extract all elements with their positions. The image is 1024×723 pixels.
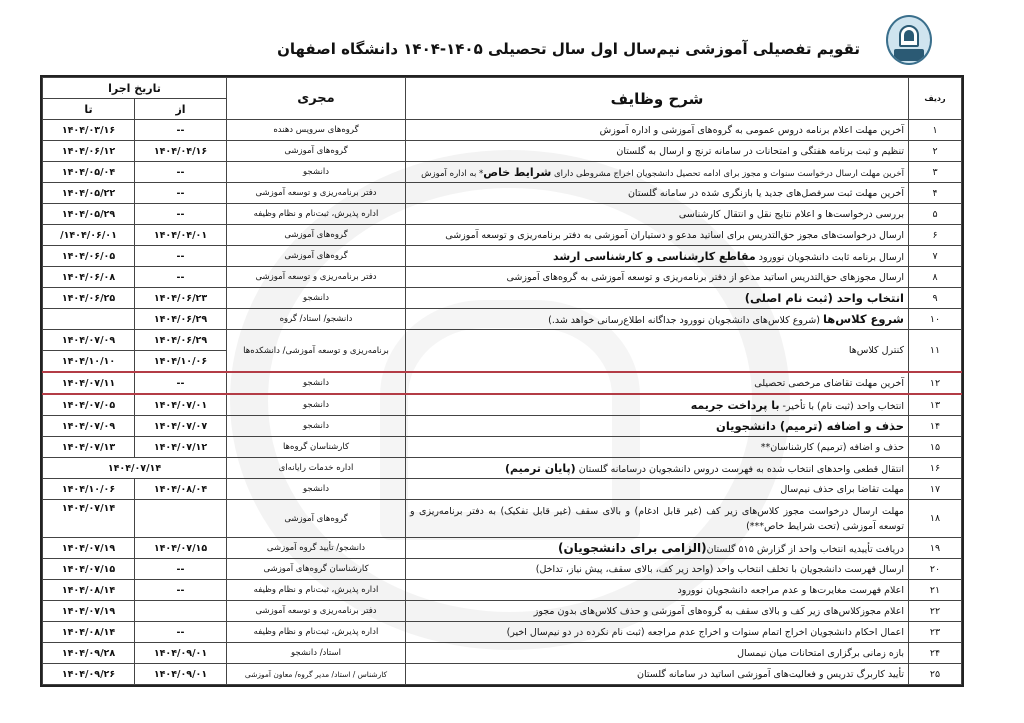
row-description: اعلام مجوزکلاس‌های زیر کف و بالای سقف به… [406, 601, 909, 622]
row-number: ۱۴ [909, 416, 962, 437]
row-date-from: -- [135, 267, 227, 288]
row-executor: دفتر برنامه‌ریزی و توسعه آموزشی [227, 601, 406, 622]
row-date-from: -- [135, 580, 227, 601]
table-row: ۱ آخرین مهلت اعلام برنامه دروس عمومی به … [43, 120, 962, 141]
row-date-to: ۱۴۰۴/۰۹/۲۸ [43, 643, 135, 664]
row-executor: گروه‌های آموزشی [227, 246, 406, 267]
row-number: ۲۲ [909, 601, 962, 622]
row-date-to: ۱۴۰۴/۰۶/۰۱/ [43, 225, 135, 246]
row-number: ۳ [909, 162, 962, 183]
academic-calendar-table: ردیف شرح وظایف مجری تاریخ اجرا از تا ۱ آ… [42, 77, 962, 685]
row-date-to: ۱۴۰۴/۰۳/۱۶ [43, 120, 135, 141]
row-date-from: -- [135, 559, 227, 580]
row-description: آخرین مهلت ثبت سرفصل‌های جدید یا بازنگری… [406, 183, 909, 204]
row-number: ۹ [909, 288, 962, 309]
row-date-to [43, 309, 135, 330]
row-date-from: -- [135, 183, 227, 204]
table-row: ۲۰ ارسال فهرست دانشجویان با تخلف انتخاب … [43, 559, 962, 580]
row-number: ۸ [909, 267, 962, 288]
row-description: اعمال احکام دانشجویان اخراج اتمام سنوات … [406, 622, 909, 643]
row-date-from [135, 500, 227, 538]
university-logo-icon [886, 15, 932, 65]
row-number: ۱۱ [909, 330, 962, 373]
column-header-date-group: تاریخ اجرا [43, 78, 227, 99]
table-row: ۴ آخرین مهلت ثبت سرفصل‌های جدید یا بازنگ… [43, 183, 962, 204]
row-description: تنظیم و ثبت برنامه هفتگی و امتحانات در س… [406, 141, 909, 162]
row-date-to: ۱۴۰۴/۰۸/۱۴ [43, 580, 135, 601]
table-row: ۲۲ اعلام مجوزکلاس‌های زیر کف و بالای سقف… [43, 601, 962, 622]
row-date-to: ۱۴۰۴/۰۷/۰۹ [43, 416, 135, 437]
table-row: ۱۵ حذف و اضافه (ترمیم) کارشناسان** کارشن… [43, 437, 962, 458]
row-executor: دانشجو [227, 372, 406, 394]
column-header-from: از [135, 99, 227, 120]
row-date-to: ۱۴۰۴/۰۶/۰۵ [43, 246, 135, 267]
row-date-to: ۱۴۰۴/۰۵/۰۴ [43, 162, 135, 183]
row-description: آخرین مهلت تقاضای مرخصی تحصیلی [406, 372, 909, 394]
row-executor: اداره پذیرش، ثبت‌نام و نظام وظیفه [227, 580, 406, 601]
row-number: ۱۳ [909, 394, 962, 416]
row-executor: دانشجو [227, 162, 406, 183]
table-row: ۶ ارسال درخواست‌های مجوز حق‌التدریس برای… [43, 225, 962, 246]
row-executor: دانشجو/ استاد/ گروه [227, 309, 406, 330]
table-row: ۲۵ تأیید کاربرگ تدریس و فعالیت‌های آموزش… [43, 664, 962, 685]
row-date-to: ۱۴۰۴/۰۷/۱۳ [43, 437, 135, 458]
table-row: ۲۳ اعمال احکام دانشجویان اخراج اتمام سنو… [43, 622, 962, 643]
row-date-from: ۱۴۰۴/۰۸/۰۴ [135, 479, 227, 500]
row-number: ۷ [909, 246, 962, 267]
calendar-page: تقویم تفصیلی آموزشی نیم‌سال اول سال تحصی… [0, 0, 1024, 723]
column-header-executor: مجری [227, 78, 406, 120]
row-description: مهلت تقاضا برای حذف نیم‌سال [406, 479, 909, 500]
row-description: آخرین مهلت اعلام برنامه دروس عمومی به گر… [406, 120, 909, 141]
row-date-to: ۱۴۰۴/۱۰/۰۶ [43, 479, 135, 500]
row-executor: دانشجو [227, 416, 406, 437]
table-row: ۹ انتخاب واحد (ثبت نام اصلی) دانشجو ۱۴۰۴… [43, 288, 962, 309]
table-row: ۱۶ انتقال قطعی واحدهای انتخاب شده به فهر… [43, 458, 962, 479]
table-row: ۲ تنظیم و ثبت برنامه هفتگی و امتحانات در… [43, 141, 962, 162]
row-description: انتقال قطعی واحدهای انتخاب شده به فهرست … [406, 458, 909, 479]
row-date-from: -- [135, 372, 227, 394]
row-description: کنترل کلاس‌ها [406, 330, 909, 373]
row-executor: برنامه‌ریزی و توسعه آموزشی/ دانشکده‌ها [227, 330, 406, 373]
row-executor: کارشناس / استاد/ مدیر گروه/ معاون آموزشی [227, 664, 406, 685]
row-date-merged: ۱۴۰۴/۰۷/۱۴ [43, 458, 227, 479]
row-description: شروع کلاس‌ها (شروع کلاس‌های دانشجویان نو… [406, 309, 909, 330]
row-number: ۱۹ [909, 538, 962, 559]
row-date-to: ۱۴۰۴/۰۵/۲۹ [43, 204, 135, 225]
table-row: ۲۱ اعلام فهرست مغایرت‌ها و عدم مراجعه دا… [43, 580, 962, 601]
table-row: ۸ ارسال مجوزهای حق‌التدریس اساتید مدعو ا… [43, 267, 962, 288]
row-date-to-second: ۱۴۰۴/۱۰/۱۰ [43, 351, 135, 373]
row-executor: دانشجو [227, 288, 406, 309]
row-date-to: ۱۴۰۴/۰۸/۱۴ [43, 622, 135, 643]
row-description: تأیید کاربرگ تدریس و فعالیت‌های آموزشی ا… [406, 664, 909, 685]
row-number: ۵ [909, 204, 962, 225]
row-date-to: ۱۴۰۴/۰۶/۱۲ [43, 141, 135, 162]
row-executor: گروه‌های آموزشی [227, 141, 406, 162]
row-number: ۲۰ [909, 559, 962, 580]
table-row: ۲۴ بازه زمانی برگزاری امتحانات میان نیمس… [43, 643, 962, 664]
row-executor: استاد/ دانشجو [227, 643, 406, 664]
row-executor: اداره پذیرش، ثبت‌نام و نظام وظیفه [227, 622, 406, 643]
row-number: ۱۷ [909, 479, 962, 500]
row-description: ارسال برنامه ثابت دانشجویان نوورود مقاطع… [406, 246, 909, 267]
row-date-from: ۱۴۰۴/۰۷/۱۵ [135, 538, 227, 559]
row-date-to: ۱۴۰۴/۰۷/۰۵ [43, 394, 135, 416]
table-row: ۱۹ دریافت تأییدیه انتخاب واحد از گزارش ۵… [43, 538, 962, 559]
table-row: ۷ ارسال برنامه ثابت دانشجویان نوورود مقا… [43, 246, 962, 267]
row-date-from: ۱۴۰۴/۰۴/۰۱ [135, 225, 227, 246]
row-date-from: ۱۴۰۴/۰۴/۱۶ [135, 141, 227, 162]
table-row: ۱۱ کنترل کلاس‌ها برنامه‌ریزی و توسعه آمو… [43, 330, 962, 351]
row-executor: اداره خدمات رایانه‌ای [227, 458, 406, 479]
row-executor: کارشناسان گروه‌های آموزشی [227, 559, 406, 580]
table-row-highlighted: ۱۲ آخرین مهلت تقاضای مرخصی تحصیلی دانشجو… [43, 372, 962, 394]
table-row: ۱۰ شروع کلاس‌ها (شروع کلاس‌های دانشجویان… [43, 309, 962, 330]
row-date-to: ۱۴۰۴/۰۷/۰۹ [43, 330, 135, 351]
row-date-from: -- [135, 162, 227, 183]
row-number: ۴ [909, 183, 962, 204]
row-description: انتخاب واحد (ثبت نام اصلی) [406, 288, 909, 309]
row-date-from: ۱۴۰۴/۰۶/۲۹ [135, 330, 227, 351]
column-header-description: شرح وظایف [406, 78, 909, 120]
row-executor: دانشجو [227, 394, 406, 416]
row-executor: گروه‌های سرویس دهنده [227, 120, 406, 141]
row-date-from: -- [135, 204, 227, 225]
page-title: تقویم تفصیلی آموزشی نیم‌سال اول سال تحصی… [200, 40, 860, 58]
row-executor: اداره پذیرش، ثبت‌نام و نظام وظیفه [227, 204, 406, 225]
row-description: حذف و اضافه (ترمیم) دانشجویان [406, 416, 909, 437]
row-executor: گروه‌های آموزشی [227, 225, 406, 246]
row-executor: دفتر برنامه‌ریزی و توسعه آموزشی [227, 183, 406, 204]
row-number: ۲۱ [909, 580, 962, 601]
row-date-from-second: ۱۴۰۴/۱۰/۰۶ [135, 351, 227, 373]
row-description: انتخاب واحد (ثبت نام) با تأخیر- با پرداخ… [406, 394, 909, 416]
column-header-row-no: ردیف [909, 78, 962, 120]
row-date-from: ۱۴۰۴/۰۶/۲۹ [135, 309, 227, 330]
row-number: ۲۳ [909, 622, 962, 643]
row-number: ۱۲ [909, 372, 962, 394]
row-date-from: -- [135, 622, 227, 643]
row-executor: دانشجو [227, 479, 406, 500]
row-date-from: ۱۴۰۴/۰۷/۰۷ [135, 416, 227, 437]
row-date-from: ۱۴۰۴/۰۹/۰۱ [135, 664, 227, 685]
row-date-from: ۱۴۰۴/۰۷/۰۱ [135, 394, 227, 416]
row-date-from: ۱۴۰۴/۰۹/۰۱ [135, 643, 227, 664]
row-description: آخرین مهلت ارسال درخواست سنوات و مجوز بر… [406, 162, 909, 183]
row-description: ارسال فهرست دانشجویان با تخلف انتخاب واح… [406, 559, 909, 580]
row-number: ۶ [909, 225, 962, 246]
table-row: ۱۴ حذف و اضافه (ترمیم) دانشجویان دانشجو … [43, 416, 962, 437]
row-number: ۲۵ [909, 664, 962, 685]
row-date-to: ۱۴۰۴/۰۵/۲۲ [43, 183, 135, 204]
row-date-from: ۱۴۰۴/۰۶/۲۳ [135, 288, 227, 309]
row-description: دریافت تأییدیه انتخاب واحد از گزارش ۵۱۵ … [406, 538, 909, 559]
row-date-to: ۱۴۰۴/۰۷/۱۴ [43, 500, 135, 538]
row-executor: گروه‌های آموزشی [227, 500, 406, 538]
table-row: ۱۷ مهلت تقاضا برای حذف نیم‌سال دانشجو ۱۴… [43, 479, 962, 500]
row-date-from [135, 601, 227, 622]
table-row: ۱۳ انتخاب واحد (ثبت نام) با تأخیر- با پر… [43, 394, 962, 416]
row-number: ۲۴ [909, 643, 962, 664]
table-row: ۵ بررسی درخواست‌ها و اعلام نتایج نقل و ا… [43, 204, 962, 225]
row-executor: کارشناسان گروه‌ها [227, 437, 406, 458]
row-description: حذف و اضافه (ترمیم) کارشناسان** [406, 437, 909, 458]
row-date-to: ۱۴۰۴/۰۷/۱۱ [43, 372, 135, 394]
row-date-to: ۱۴۰۴/۰۹/۲۶ [43, 664, 135, 685]
table-row: ۱۸ مهلت ارسال درخواست مجوز کلاس‌های زیر … [43, 500, 962, 538]
row-executor: دفتر برنامه‌ریزی و توسعه آموزشی [227, 267, 406, 288]
row-number: ۱ [909, 120, 962, 141]
row-date-to: ۱۴۰۴/۰۶/۲۵ [43, 288, 135, 309]
row-number: ۱۰ [909, 309, 962, 330]
row-number: ۱۶ [909, 458, 962, 479]
row-description: بازه زمانی برگزاری امتحانات میان نیمسال [406, 643, 909, 664]
row-description: مهلت ارسال درخواست مجوز کلاس‌های زیر کف … [406, 500, 909, 538]
row-description: اعلام فهرست مغایرت‌ها و عدم مراجعه دانشج… [406, 580, 909, 601]
row-description: ارسال مجوزهای حق‌التدریس اساتید مدعو از … [406, 267, 909, 288]
row-description: بررسی درخواست‌ها و اعلام نتایج نقل و انت… [406, 204, 909, 225]
row-executor: دانشجو/ تأیید گروه آموزشی [227, 538, 406, 559]
row-number: ۱۵ [909, 437, 962, 458]
column-header-to: تا [43, 99, 135, 120]
row-description: ارسال درخواست‌های مجوز حق‌التدریس برای ا… [406, 225, 909, 246]
row-date-to: ۱۴۰۴/۰۷/۱۹ [43, 538, 135, 559]
row-number: ۱۸ [909, 500, 962, 538]
row-date-to: ۱۴۰۴/۰۷/۱۹ [43, 601, 135, 622]
row-date-from: ۱۴۰۴/۰۷/۱۲ [135, 437, 227, 458]
row-number: ۲ [909, 141, 962, 162]
row-date-from: -- [135, 246, 227, 267]
row-date-to: ۱۴۰۴/۰۶/۰۸ [43, 267, 135, 288]
table-row: ۳ آخرین مهلت ارسال درخواست سنوات و مجوز … [43, 162, 962, 183]
row-date-from: -- [135, 120, 227, 141]
row-date-to: ۱۴۰۴/۰۷/۱۵ [43, 559, 135, 580]
